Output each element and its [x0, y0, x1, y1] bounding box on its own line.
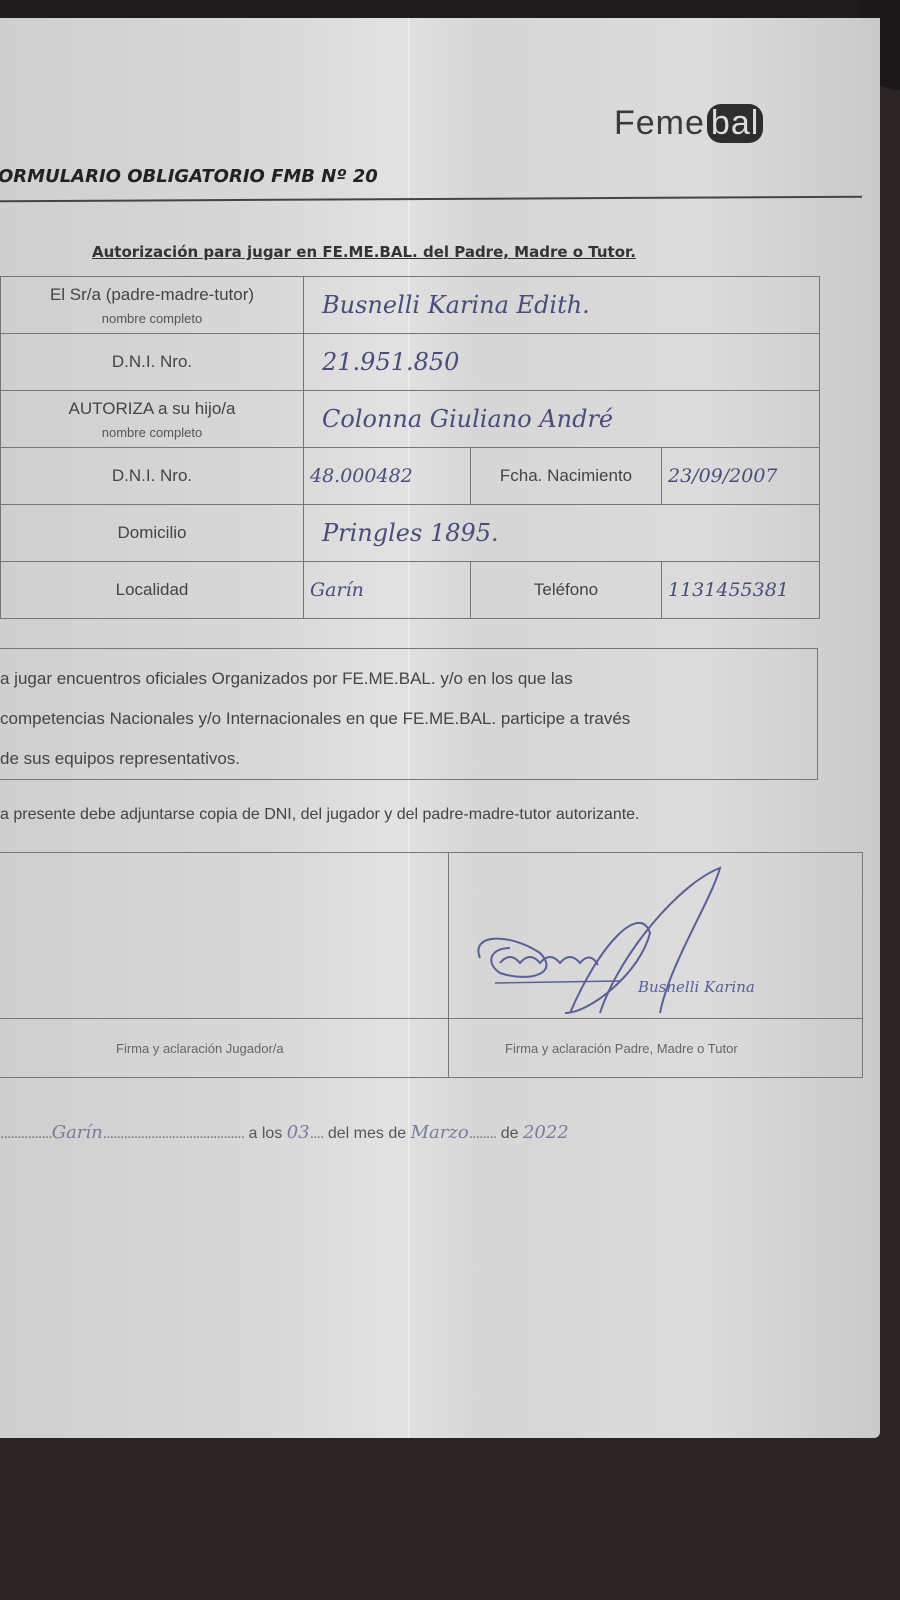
form-title: ORMULARIO OBLIGATORIO FMB Nº 20: [0, 166, 378, 187]
form-fields-table: El Sr/a (padre-madre-tutor)nombre comple…: [0, 276, 820, 619]
year-field[interactable]: 2022: [523, 1122, 569, 1143]
birthdate-field[interactable]: 23/09/2007: [662, 448, 820, 505]
attachment-note: a presente debe adjuntarse copia de DNI,…: [0, 806, 640, 824]
parent-signature-caption: Firma y aclaración Padre, Madre o Tutor: [505, 1041, 738, 1056]
phone-field[interactable]: 1131455381: [662, 562, 820, 619]
phone-label: Teléfono: [471, 562, 662, 619]
parent-label: El Sr/a (padre-madre-tutor)nombre comple…: [1, 277, 304, 334]
date-line: ...............Garín....................…: [0, 1122, 820, 1143]
city-field[interactable]: Garín: [304, 562, 471, 619]
de-label: de: [501, 1125, 519, 1142]
logo-badge: bal: [707, 104, 763, 143]
month-field[interactable]: Marzo: [411, 1122, 469, 1143]
parent-signed-name: Busnelli Karina: [638, 978, 755, 996]
city-label: Localidad: [1, 562, 304, 619]
femebal-logo: Femebal: [614, 104, 763, 143]
parent-name-row: El Sr/a (padre-madre-tutor)nombre comple…: [1, 277, 820, 334]
day-dots: ....: [310, 1125, 324, 1142]
place-dots-2: ........................................…: [103, 1125, 244, 1142]
place-field[interactable]: Garín: [52, 1122, 103, 1143]
child-dni-row: D.N.I. Nro. 48.000482 Fcha. Nacimiento 2…: [1, 448, 820, 505]
player-signature-area[interactable]: [0, 853, 448, 1018]
address-field[interactable]: Pringles 1895.: [304, 505, 820, 562]
parent-dni-row: D.N.I. Nro. 21.951.850: [1, 334, 820, 391]
address-label: Domicilio: [1, 505, 304, 562]
parent-name-field[interactable]: Busnelli Karina Edith.: [304, 277, 820, 334]
parent-dni-field[interactable]: 21.951.850: [304, 334, 820, 391]
child-dni-field[interactable]: 48.000482: [304, 448, 471, 505]
month-dots: ........: [469, 1125, 497, 1142]
day-field[interactable]: 03: [287, 1122, 310, 1143]
parent-sublabel: nombre completo: [1, 311, 303, 326]
authorization-line: competencias Nacionales y/o Internaciona…: [0, 699, 805, 739]
child-label-text: AUTORIZA a su hijo/a: [69, 399, 236, 418]
child-dni-label: D.N.I. Nro.: [1, 448, 304, 505]
child-name-field[interactable]: Colonna Giuliano André: [304, 391, 820, 448]
signature-divider: [448, 853, 449, 1077]
child-sublabel: nombre completo: [1, 425, 303, 440]
background-surface: [0, 1450, 900, 1600]
form-subtitle: Autorización para jugar en FE.ME.BAL. de…: [92, 243, 636, 261]
parent-dni-label: D.N.I. Nro.: [1, 334, 304, 391]
authorization-line: a jugar encuentros oficiales Organizados…: [0, 659, 805, 699]
city-row: Localidad Garín Teléfono 1131455381: [1, 562, 820, 619]
signature-baseline: [0, 1018, 862, 1019]
child-name-row: AUTORIZA a su hijo/anombre completo Colo…: [1, 391, 820, 448]
del-mes-de-label: del mes de: [328, 1125, 406, 1142]
player-signature-caption: Firma y aclaración Jugador/a: [116, 1041, 284, 1056]
authorization-text: a jugar encuentros oficiales Organizados…: [0, 648, 818, 780]
parent-label-text: El Sr/a (padre-madre-tutor): [50, 285, 254, 304]
authorization-line: de sus equipos representativos.: [0, 739, 805, 779]
a-los-label: a los: [248, 1125, 282, 1142]
child-label: AUTORIZA a su hijo/anombre completo: [1, 391, 304, 448]
logo-text: Feme: [614, 104, 705, 142]
place-dots: ...............: [0, 1125, 52, 1142]
signature-box: Busnelli Karina Firma y aclaración Jugad…: [0, 852, 863, 1078]
birthdate-label: Fcha. Nacimiento: [471, 448, 662, 505]
address-row: Domicilio Pringles 1895.: [1, 505, 820, 562]
